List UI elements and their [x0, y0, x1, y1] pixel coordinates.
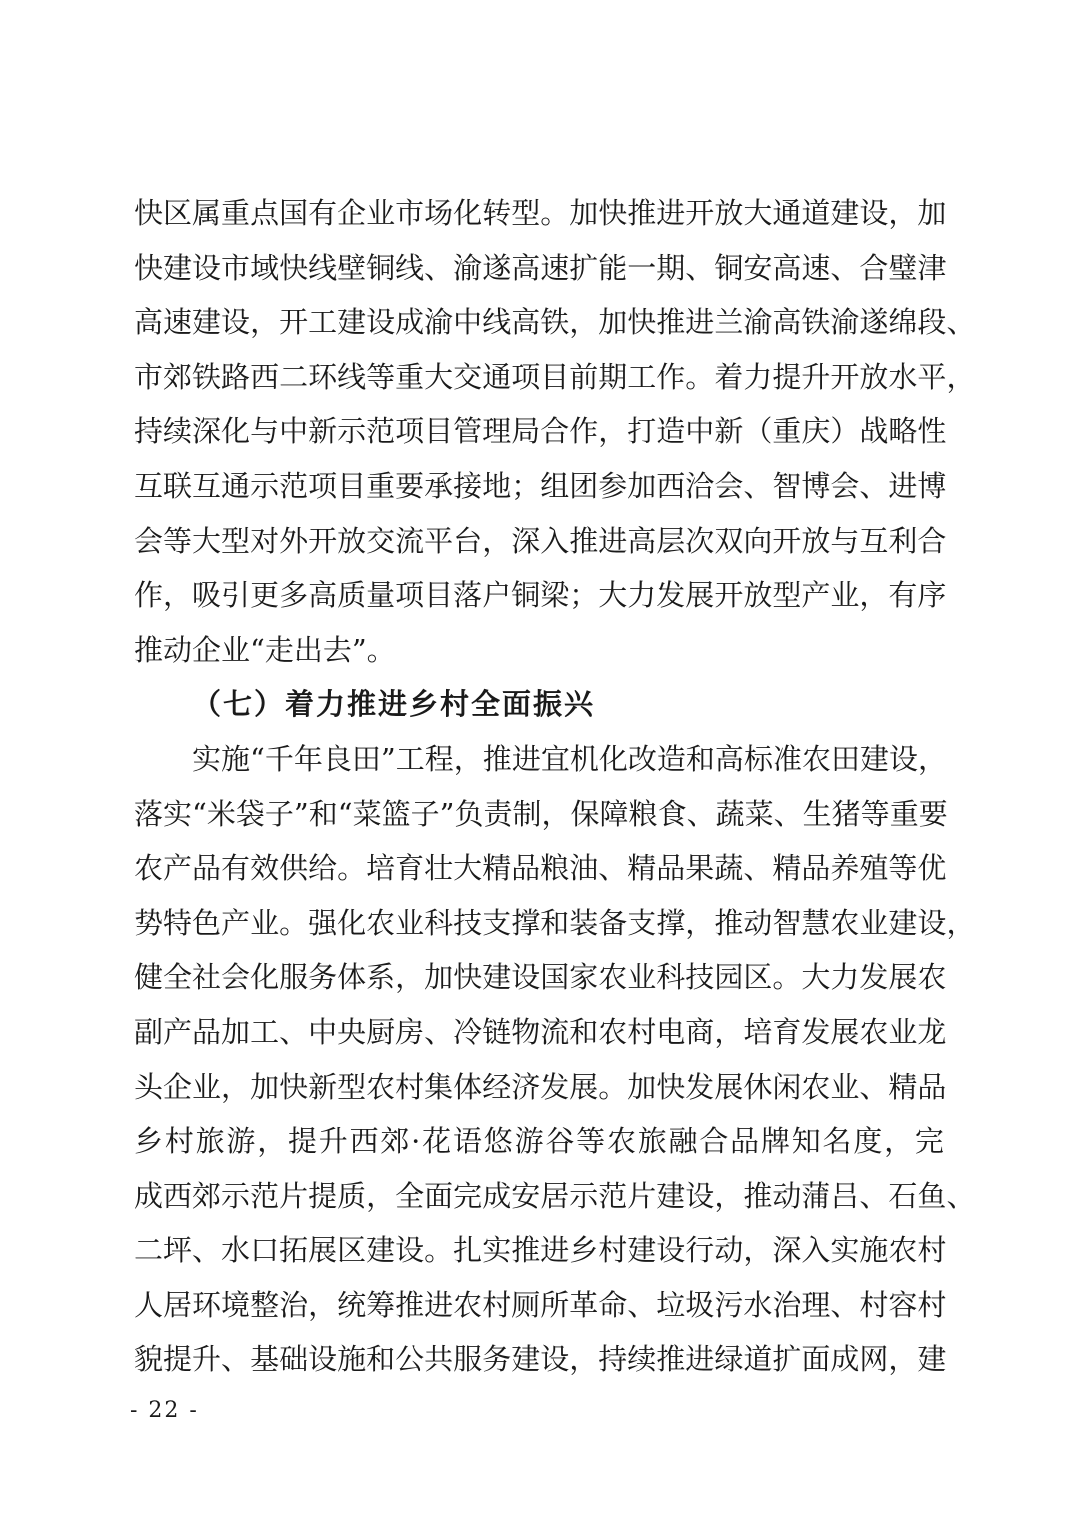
document-page: 快区属重点国有企业市场化转型。加快推进开放大通道建设，加 快建设市域快线壁铜线、… — [134, 186, 944, 1387]
text-line: 势特色产业。强化农业科技支撑和装备支撑，推动智慧农业建设， — [134, 896, 944, 951]
text-line: 乡村旅游，提升西郊·花语悠游谷等农旅融合品牌知名度，完 — [134, 1114, 944, 1169]
text-line: 互联互通示范项目重要承接地；组团参加西洽会、智博会、进博 — [134, 459, 944, 514]
text-line: 实施“千年良田”工程，推进宜机化改造和高标准农田建设， — [134, 732, 944, 787]
section-heading: （七）着力推进乡村全面振兴 — [134, 677, 944, 732]
text-line: 市郊铁路西二环线等重大交通项目前期工作。着力提升开放水平， — [134, 350, 944, 405]
text-line: 作，吸引更多高质量项目落户铜梁；大力发展开放型产业，有序 — [134, 568, 944, 623]
text-line: 头企业，加快新型农村集体经济发展。加快发展休闲农业、精品 — [134, 1060, 944, 1115]
text-line: 落实“米袋子”和“菜篮子”负责制，保障粮食、蔬菜、生猪等重要 — [134, 787, 944, 842]
text-line: 人居环境整治，统筹推进农村厕所革命、垃圾污水治理、村容村 — [134, 1278, 944, 1333]
text-line: 副产品加工、中央厨房、冷链物流和农村电商，培育发展农业龙 — [134, 1005, 944, 1060]
text-line: 二坪、水口拓展区建设。扎实推进乡村建设行动，深入实施农村 — [134, 1223, 944, 1278]
text-line: 成西郊示范片提质，全面完成安居示范片建设，推动蒲吕、石鱼、 — [134, 1169, 944, 1224]
page-number: - 22 - — [130, 1398, 199, 1423]
text-line: 健全社会化服务体系，加快建设国家农业科技园区。大力发展农 — [134, 950, 944, 1005]
paragraph: 实施“千年良田”工程，推进宜机化改造和高标准农田建设， 落实“米袋子”和“菜篮子… — [134, 732, 944, 1387]
paragraph-continued: 快区属重点国有企业市场化转型。加快推进开放大通道建设，加 快建设市域快线壁铜线、… — [134, 186, 944, 677]
text-line: 快区属重点国有企业市场化转型。加快推进开放大通道建设，加 — [134, 186, 944, 241]
text-line: 农产品有效供给。培育壮大精品粮油、精品果蔬、精品养殖等优 — [134, 841, 944, 896]
text-line: 貌提升、基础设施和公共服务建设，持续推进绿道扩面成网，建 — [134, 1332, 944, 1387]
text-line: 快建设市域快线壁铜线、渝遂高速扩能一期、铜安高速、合璧津 — [134, 241, 944, 296]
text-line: 持续深化与中新示范项目管理局合作，打造中新（重庆）战略性 — [134, 404, 944, 459]
text-line: 推动企业“走出去”。 — [134, 623, 944, 678]
text-line: 高速建设，开工建设成渝中线高铁，加快推进兰渝高铁渝遂绵段、 — [134, 295, 944, 350]
text-line: 会等大型对外开放交流平台，深入推进高层次双向开放与互利合 — [134, 514, 944, 569]
heading-text: （七）着力推进乡村全面振兴 — [134, 677, 944, 732]
